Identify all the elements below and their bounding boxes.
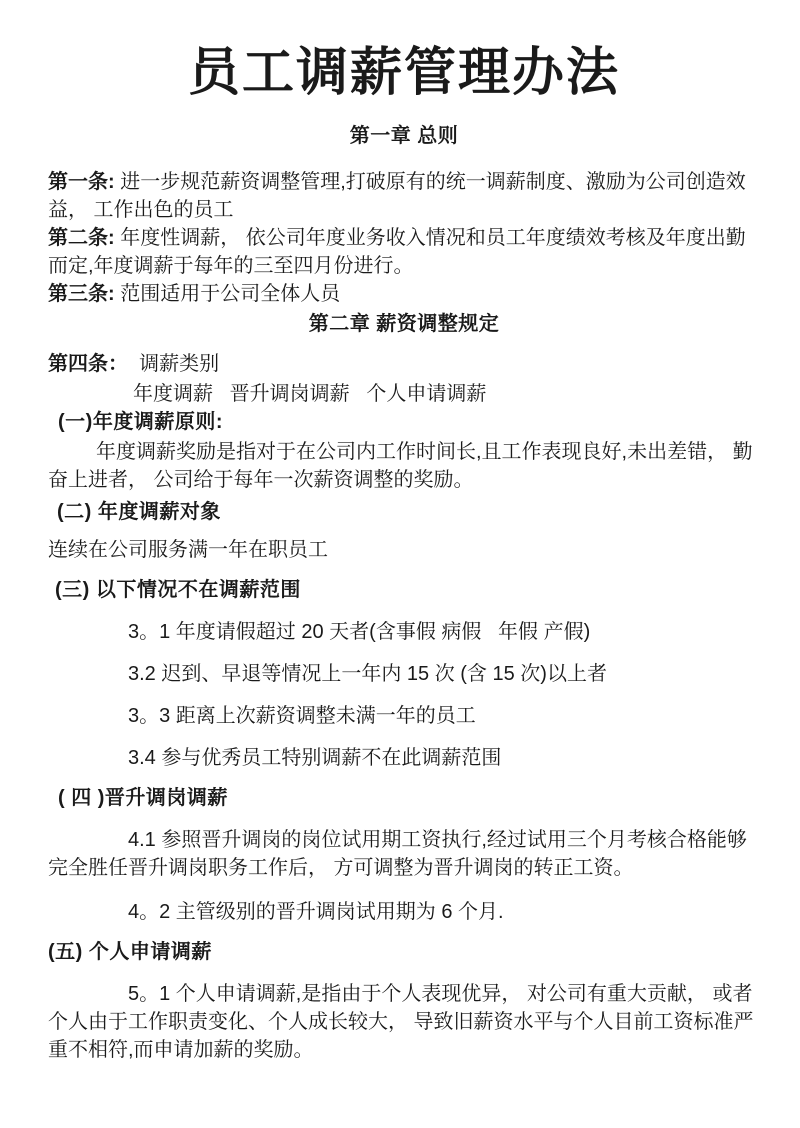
chapter-2-heading: 第二章 薪资调整规定: [48, 310, 760, 338]
document-page: 员工调薪管理办法 第一章 总则 第一条: 进一步规范薪资调整管理,打破原有的统一…: [0, 0, 800, 1128]
rule-item-3-1: 3。1 年度请假超过 20 天者(含事假 病假 年假 产假): [128, 618, 760, 646]
section-3-heading: (三) 以下情况不在调薪范围: [55, 576, 760, 604]
section-4-heading: ( 四 )晋升调岗调薪: [58, 784, 760, 812]
rule-item-5-1: 5。1 个人申请调薪,是指由于个人表现优异， 对公司有重大贡献， 或者个人由于工…: [48, 980, 760, 1064]
article-1-text: 进一步规范薪资调整管理,打破原有的统一调薪制度、激励为公司创造效益， 工作出色的…: [48, 171, 746, 221]
article-2: 第二条: 年度性调薪， 依公司年度业务收入情况和员工年度绩效考核及年度出勤而定,…: [48, 224, 760, 280]
section-1-heading: (一)年度调薪原则:: [58, 408, 760, 436]
rule-item-3-2: 3.2 迟到、早退等情况上一年内 15 次 (含 15 次)以上者: [128, 660, 760, 688]
rule-item-3-3: 3。3 距离上次薪资调整未满一年的员工: [128, 702, 760, 730]
article-1-label: 第一条:: [48, 171, 120, 193]
rule-item-4-1: 4.1 参照晋升调岗的岗位试用期工资执行,经过试用三个月考核合格能够完全胜任晋升…: [48, 826, 760, 882]
rule-item-3-4: 3.4 参与优秀员工特别调薪不在此调薪范围: [128, 744, 760, 772]
salary-types-line: 年度调薪 晋升调岗调薪 个人申请调薪: [133, 380, 760, 408]
article-3-text: 范围适用于公司全体人员: [120, 283, 340, 305]
section-2-body: 连续在公司服务满一年在职员工: [48, 536, 760, 564]
article-2-label: 第二条:: [48, 227, 120, 249]
doc-title: 员工调薪管理办法: [48, 38, 760, 108]
section-2-heading: (二) 年度调薪对象: [57, 498, 760, 526]
article-3-label: 第三条:: [48, 283, 120, 305]
chapter-1-heading: 第一章 总则: [48, 122, 760, 150]
rule-item-4-2: 4。2 主管级别的晋升调岗试用期为 6 个月.: [128, 898, 760, 926]
article-2-text: 年度性调薪， 依公司年度业务收入情况和员工年度绩效考核及年度出勤而定,年度调薪于…: [48, 227, 746, 277]
article-3: 第三条: 范围适用于公司全体人员: [48, 280, 760, 308]
article-4-text: 调薪类别: [128, 353, 219, 375]
section-1-body: 年度调薪奖励是指对于在公司内工作时间长,且工作表现良好,未出差错， 勤奋上进者，…: [48, 438, 760, 494]
article-1: 第一条: 进一步规范薪资调整管理,打破原有的统一调薪制度、激励为公司创造效益， …: [48, 168, 760, 224]
article-4-label: 第四条：: [48, 353, 128, 375]
article-4: 第四条： 调薪类别: [48, 350, 760, 378]
section-5-heading: (五) 个人申请调薪: [48, 938, 760, 966]
